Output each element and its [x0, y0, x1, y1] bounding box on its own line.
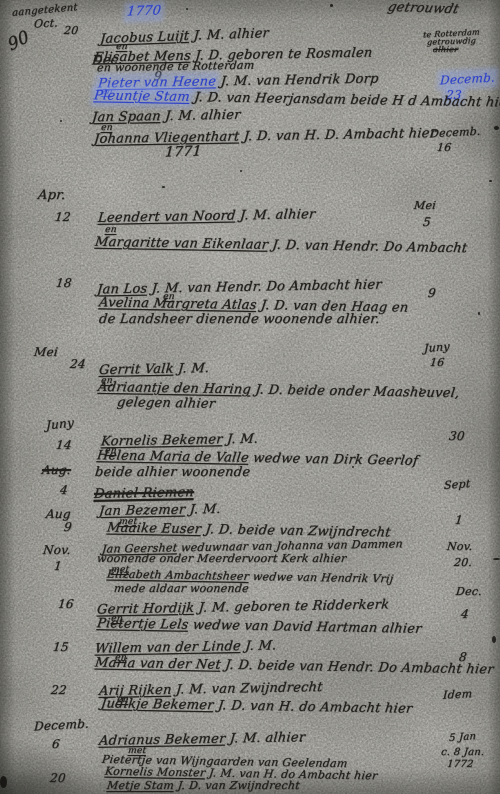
handwriting-layer: aangetekent Oct. 20 90 1770 getrouwdt te… [0, 0, 500, 794]
margin-date-right: 9 [427, 287, 436, 300]
margin-date-right: c. 8 Jan. [440, 748, 484, 759]
handwritten-text: J. M. van Hendrik Dorp [216, 72, 380, 90]
margin-date-left: 15 [52, 641, 69, 654]
margin-date-left: 9 [63, 521, 72, 534]
registered-month: Oct. [34, 17, 59, 30]
margin-date-text: 4 [460, 607, 469, 621]
margin-date-text: 4 [59, 483, 68, 497]
married-column-heading: getrouwdt [386, 1, 460, 17]
handwritten-line: Judikje Bekemer J. D. van H. do Ambacht … [100, 697, 413, 716]
margin-date-text: 20 [49, 771, 66, 785]
handwritten-text: J. D. beide onder Maasheuvel, [250, 383, 460, 402]
year-label-1771: 1771 [164, 144, 202, 160]
margin-date-text: Juny [424, 340, 450, 355]
handwritten-line: Jan Los J. M. van Hendr. Do Ambacht hier [96, 279, 382, 298]
margin-date-text: 9 [63, 520, 72, 534]
margin-date-left: Mei [33, 346, 58, 359]
margin-date-right: 4 [460, 608, 469, 621]
handwritten-text: Jacobus Luijt [100, 29, 190, 47]
handwritten-text: Maria van der Net [94, 656, 222, 673]
margin-date-text: 30 [448, 429, 465, 443]
margin-date-right: 5 [422, 216, 431, 229]
margin-date-left: 24 [69, 358, 86, 371]
margin-date-text: Mei [33, 345, 58, 359]
margin-date-text: Apr. [37, 188, 66, 203]
handwritten-text: Metje Stam [106, 779, 174, 792]
margin-date-right: Sept [444, 478, 471, 491]
margin-date-text: Idem [443, 687, 473, 702]
handwritten-text: J. M. van Hendr. Do Ambacht hier [147, 278, 383, 297]
handwritten-text: J. M. alhier [189, 26, 270, 44]
handwritten-line: Maria van der Net J. D. beide van Hendr.… [94, 657, 494, 678]
handwritten-text: J. D. van Hendr. Do Ambacht [267, 238, 468, 256]
margin-date-right: 16 [429, 357, 445, 369]
margin-date-left: Apr. [37, 189, 66, 203]
margin-date-left: 20 [49, 772, 66, 785]
margin-date-text: Mei [413, 199, 436, 212]
registered-day: 20 [63, 25, 79, 37]
margin-date-text: Sept [444, 477, 471, 492]
margin-date-left: Juny [46, 416, 74, 432]
margin-date-left: 16 [57, 598, 74, 611]
margin-date-left: 6 [51, 738, 60, 751]
margin-date-text: Decemb. [430, 125, 481, 141]
handwritten-line: Daniel Riemen [93, 486, 194, 501]
margin-date-left: 22 [50, 684, 67, 697]
margin-date-text: c. 8 Jan. [441, 747, 485, 758]
handwritten-text: J. M. geboren te Ridderkerk [194, 597, 390, 615]
margin-date-text: 5 Jan [449, 731, 477, 744]
handwritten-line: Jan Spaan J. M. alhier [91, 109, 241, 125]
handwritten-text: Pietertje Lels [96, 616, 189, 633]
marriage-place-note-struck: alhier [433, 46, 459, 54]
year-label-1770: 1770 [126, 4, 162, 19]
margin-date-right: 20. [453, 557, 472, 569]
handwritten-text: J. M. van Zwijndrecht [171, 680, 323, 698]
handwritten-line: mede aldaar woonende [113, 583, 249, 595]
margin-date-text: 6 [51, 737, 60, 751]
margin-date-text: 5 [422, 215, 431, 229]
handwritten-text: en woonende te Rotterdam [96, 59, 255, 75]
handwritten-text: Leendert van Noord [97, 208, 236, 225]
handwritten-line: Gerrit Valk J. M. [98, 362, 209, 378]
folio-number: 90 [6, 28, 32, 55]
handwritten-line: Metje Stam J. D. van Zwijndrecht [106, 780, 300, 792]
margin-date-right: 30 [448, 430, 465, 443]
margin-date-right: Decemb. [440, 72, 496, 88]
handwritten-text: gelegen alhier [116, 395, 216, 412]
handwritten-text: wedwe van Hendrik Vrij [248, 570, 394, 585]
margin-date-text: 12 [54, 210, 71, 224]
margin-date-text: 9 [427, 286, 436, 300]
margin-date-text: Decemb. [440, 71, 496, 88]
margin-date-right: Dec. [455, 586, 482, 598]
handwritten-text: Daniel Riemen [93, 485, 194, 502]
margin-date-left: 4 [59, 484, 68, 497]
margin-date-text: 22 [50, 683, 67, 697]
handwritten-text: Helena Maria de Valle [96, 448, 250, 466]
margin-date-text: 24 [69, 357, 86, 371]
margin-date-left: 1 [53, 560, 62, 573]
handwritten-text: de Landsheer dienende woonende alhier. [98, 312, 380, 327]
handwritten-text: J. M. [185, 502, 222, 518]
margin-date-text: 14 [55, 438, 72, 452]
margin-date-text: 20. [453, 556, 473, 569]
scanned-register-page: aangetekent Oct. 20 90 1770 getrouwdt te… [0, 0, 500, 794]
handwritten-line: Leendert van Noord J. M. alhier [97, 208, 316, 225]
handwritten-line: Gerrit Hordijk J. M. geboren te Ridderke… [96, 598, 389, 617]
margin-date-right: Decemb. [430, 126, 481, 140]
margin-date-text: 15 [52, 640, 69, 654]
handwritten-text: wedwe van Dirk Geerlof [248, 451, 419, 469]
handwritten-text: Johanna Vliegenthart [93, 129, 240, 147]
margin-date-text: Nov. [446, 540, 473, 553]
handwritten-line: Margaritte van Eikenlaar J. D. van Hendr… [94, 236, 468, 256]
handwritten-text: en [105, 225, 118, 235]
margin-date-text: 18 [55, 276, 72, 290]
margin-date-left: Nov. [42, 544, 71, 557]
margin-date-text: 1772 [447, 759, 475, 770]
handwritten-line: beide alhier woonende [94, 466, 251, 480]
handwritten-text: J. M. alhier [160, 108, 241, 124]
margin-date-right: 5 Jan [449, 732, 477, 744]
handwritten-text: Margaritte van Eikenlaar [94, 235, 269, 253]
handwritten-text: J. M. alhier [225, 730, 306, 746]
margin-date-left: Aug [45, 508, 71, 521]
handwritten-text: Kornelis Bekemer [100, 432, 223, 449]
handwritten-text: Pleuntje Stam [93, 88, 191, 105]
handwritten-text: Judikje Bekemer [100, 696, 214, 713]
handwritten-text: Maaike Euser [106, 521, 202, 538]
margin-date-right: Mei [413, 200, 436, 212]
margin-date-text: Aug. [41, 463, 71, 477]
handwritten-text: J. M. [173, 361, 210, 377]
handwritten-text: Avelina Margreta Atlas [98, 295, 257, 313]
handwritten-text: beide alhier woonende [94, 465, 251, 480]
handwritten-text: Adrianus Bekemer [98, 732, 226, 749]
handwritten-text: Jan Bezemer [98, 503, 186, 520]
handwritten-line: de Landsheer dienende woonende alhier. [98, 313, 380, 327]
margin-date-text: Aug [45, 507, 71, 521]
handwritten-line: en woonende te Rotterdam [97, 60, 255, 74]
handwritten-text: J. D. beide van Hendr. Do Ambacht hier [220, 658, 495, 678]
handwritten-line: Johanna Vliegenthart J. D. van H. D. Amb… [93, 127, 436, 147]
handwritten-text: Kornelis Monster [104, 765, 206, 780]
handwritten-text: J. M. [240, 638, 277, 654]
handwritten-text: mede aldaar woonende [113, 582, 249, 595]
margin-date-right: 1772 [446, 760, 474, 771]
handwritten-line: Pietertje Lels wedwe van David Hartman a… [96, 617, 422, 636]
margin-date-left: Aug. [41, 464, 71, 477]
handwritten-line: woonende onder Meerdervoort Kerk alhier [96, 553, 347, 565]
margin-date-left: 12 [54, 211, 71, 224]
margin-date-left: Decemb. [34, 718, 90, 734]
margin-date-right: Idem [443, 688, 473, 701]
margin-date-text: 16 [436, 141, 452, 154]
margin-date-left: 14 [55, 439, 72, 452]
margin-date-text: Decemb. [34, 717, 90, 734]
handwritten-text: woonende onder Meerdervoort Kerk alhier [96, 552, 347, 565]
handwritten-line: Pleuntje Stam J. D. van Heerjansdam beid… [93, 89, 500, 110]
margin-date-text: 1 [53, 559, 62, 573]
handwritten-text: J. D. van H. do Ambacht hier [213, 698, 414, 716]
margin-date-right: Nov. [446, 541, 473, 553]
margin-date-text: Nov. [42, 543, 71, 557]
handwritten-text: J. M. [222, 432, 259, 448]
margin-date-text: 1 [454, 513, 463, 527]
handwritten-text: J. D. van Zwijndrecht [173, 779, 300, 792]
margin-date-text: Juny [46, 415, 74, 432]
margin-date-text: 16 [429, 356, 445, 369]
margin-date-text: 16 [57, 597, 74, 611]
handwritten-text: J. M. alhier [235, 207, 316, 223]
margin-date-right: Juny [424, 341, 450, 355]
margin-date-text: Dec. [455, 585, 482, 598]
margin-date-right: 1 [454, 514, 463, 527]
handwritten-text: J. D. van H. D. Ambacht hier [239, 126, 437, 144]
margin-date-right: 16 [436, 142, 452, 154]
handwritten-line: gelegen alhier [116, 396, 216, 411]
handwritten-text: Elizabeth Ambachtsheer [106, 568, 250, 583]
handwritten-line: Kornelis Bekemer J. M. [100, 433, 258, 449]
handwritten-line: Jan Bezemer J. M. [98, 503, 221, 519]
handwritten-text: wedwe van David Hartman alhier [188, 618, 423, 637]
margin-date-left: 18 [55, 277, 72, 290]
